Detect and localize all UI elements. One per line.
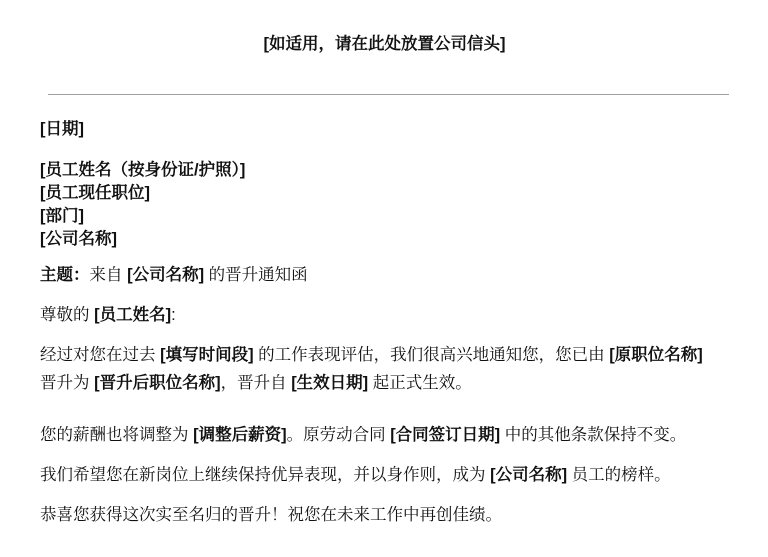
promotion-letter-document: [如适用，请在此处放置公司信头] [日期] [员工姓名（按身份证/护照）] [员… [0,0,768,557]
recipient-position-line: [员工现任职位] [40,182,729,205]
date-placeholder: [日期] [40,118,729,141]
body-paragraph-salary: 您的薪酬也将调整为 [调整后薪资]。原劳动合同 [合同签订日期] 中的其他条款保… [40,421,729,449]
body-paragraph-congratulations: 恭喜您获得这次实至名归的晋升！祝您在未来工作中再创佳绩。 [40,501,729,529]
recipient-block: [员工姓名（按身份证/护照）] [员工现任职位] [部门] [公司名称] [40,159,729,251]
salutation-line: 尊敬的 [员工姓名]: [40,301,729,329]
body-paragraph-expectation: 我们希望您在新岗位上继续保持优异表现，并以身作则，成为 [公司名称] 员工的榜样… [40,461,729,489]
divider-line [48,94,729,95]
letterhead-placeholder: [如适用，请在此处放置公司信头] [40,30,729,58]
subject-line: 主题：来自 [公司名称] 的晋升通知函 [40,261,729,289]
body-paragraph-evaluation: 经过对您在过去 [填写时间段] 的工作表现评估，我们很高兴地通知您，您已由 [原… [40,341,729,397]
recipient-name-line: [员工姓名（按身份证/护照）] [40,159,729,182]
recipient-department-line: [部门] [40,205,729,228]
recipient-company-line: [公司名称] [40,228,729,251]
